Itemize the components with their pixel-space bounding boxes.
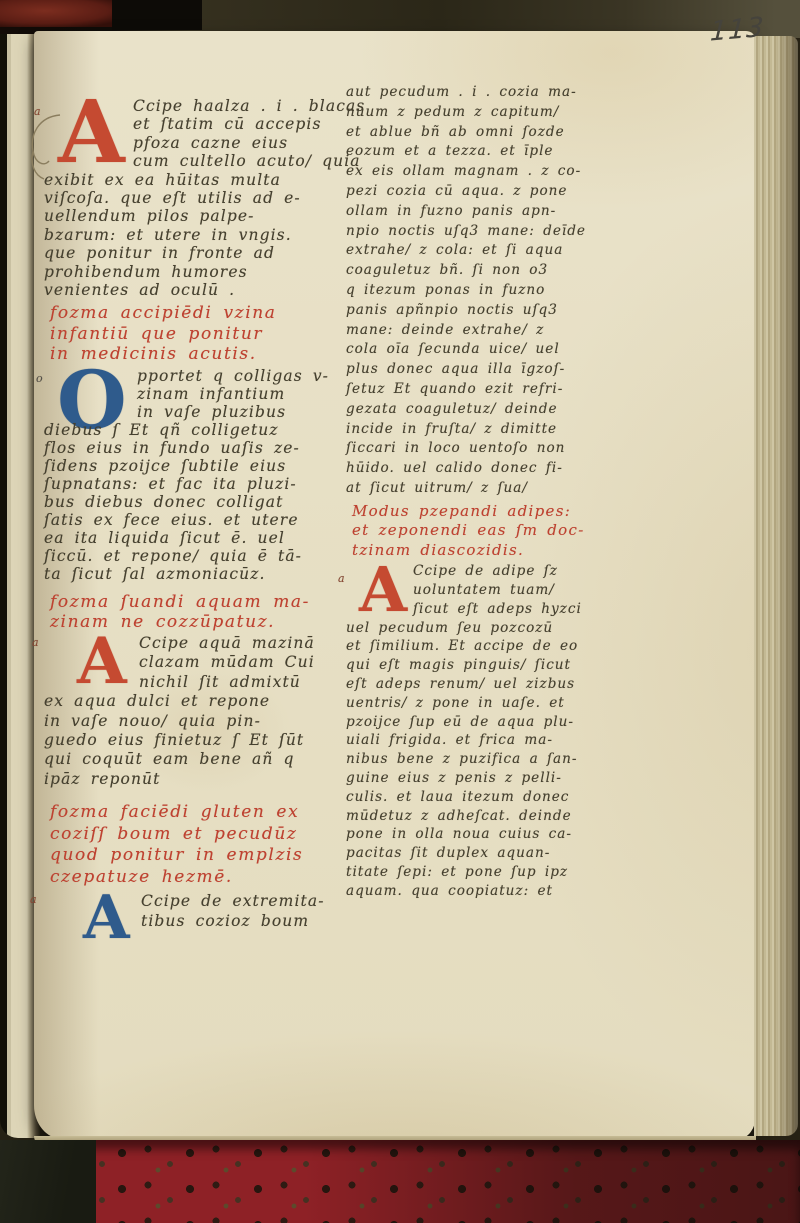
manuscript-text-line: venientes ad oculū . (44, 281, 344, 299)
manuscript-text-line: extrahe/ z cola: et ſi aqua (346, 241, 666, 261)
recipe-paragraph-2: o O pportet q colligas v-zinam infantium… (44, 367, 344, 583)
manuscript-text-line: fozma faciēdi gluten ex (50, 802, 344, 824)
manuscript-text-line: panis apñnpio noctis uſq3 (346, 301, 666, 321)
right-text-column: aut pecudum . i . cozia ma-nuum z pedum … (346, 81, 666, 901)
manuscript-text-line: et ablue bñ ab omni ſozde (346, 123, 666, 143)
manuscript-text-line: uiali frigida. et frica ma- (346, 731, 666, 750)
initial-letter-A: A (83, 891, 133, 931)
manuscript-text-line: ſidens pzoijce ſubtile eius (44, 457, 344, 475)
manuscript-text-line: et ſimilium. Et accipe de eo (346, 637, 666, 656)
manuscript-text-line: uellendum pilos palpe- (44, 207, 344, 225)
guide-letter: a (34, 105, 42, 118)
rubric-glue-of-ox-hides: fozma faciēdi gluten excoziſſ boum et pe… (44, 802, 344, 888)
manuscript-text-line: uel pecudum ſeu pozcozū (346, 619, 666, 638)
manuscript-text-line: ſatis ex fece eius. et utere (44, 511, 344, 529)
rubric-lines: fozma faciēdi gluten excoziſſ boum et pe… (44, 802, 344, 888)
manuscript-text-line: ex aqua dulci et repone (44, 692, 344, 711)
manuscript-text-line: guedo eius finietuz ſ Et ſūt (44, 731, 344, 750)
guide-letter: a (338, 572, 346, 585)
manuscript-text-line: viſcoſa. que eſt utilis ad e- (44, 189, 344, 207)
manuscript-text-line: mūdetuz z adheſcat. deinde (346, 807, 666, 826)
manuscript-text-line: ta ſicut ſal azmoniacūz. (44, 565, 344, 583)
manuscript-text-line: ex eis ollam magnam . z co- (346, 162, 666, 182)
manuscript-text-line: incide in fruſta/ z dimitte (346, 420, 666, 440)
manuscript-text-line: bus diebus donec colligat (44, 493, 344, 511)
manuscript-text-line: que ponitur in fronte ad (44, 244, 344, 262)
table-cloth-shadow (0, 1140, 96, 1223)
manuscript-text-line: nuum z pedum z capitum/ (346, 103, 666, 123)
manuscript-text-line: in vaſe nouo/ quia pin- (44, 712, 344, 731)
manuscript-text-line: culis. et laua itezum donec (346, 788, 666, 807)
rubric-preparing-fats: Modus pzepandi adipes:et zeponendi eas ſ… (346, 502, 666, 561)
initial-letter-O: O (57, 367, 127, 421)
manuscript-text-line: infantiū que ponitur (50, 324, 344, 345)
manuscript-text-line: et zeponendi eas ſm doc- (352, 521, 666, 541)
manuscript-photo: a A Ccipe haalza . i . blacaset ſtatim c… (0, 0, 800, 1223)
manuscript-text-line: at ſicut uitrum/ z ſua/ (346, 479, 666, 499)
manuscript-text-line: nibus bene z puzifica a ſan- (346, 750, 666, 769)
recipe-paragraph-5: a A Ccipe de adipe ſzuoluntatem tuam/ſic… (346, 562, 666, 900)
manuscript-text-line: fozma accipiēdi vzina (50, 303, 344, 324)
manuscript-text-line: mane: deinde extrahe/ z (346, 321, 666, 341)
manuscript-text-line: pezi cozia cū aqua. z pone (346, 182, 666, 202)
manuscript-text-line: diebus ſ Et qñ colligetuz (44, 421, 344, 439)
initial-flourish (28, 113, 62, 183)
manuscript-text-line: quod ponitur in emplzis (50, 845, 344, 867)
manuscript-text-line: qui eſt magis pinguis/ ſicut (346, 656, 666, 675)
initial-letter-A: A (77, 634, 131, 692)
continuation-paragraph: aut pecudum . i . cozia ma-nuum z pedum … (346, 83, 666, 499)
manuscript-text-line: ea ita liquida ſicut ē. uel (44, 529, 344, 547)
manuscript-text-line: exibit ex ea hūitas multa (44, 171, 344, 189)
initial-letter-A: A (359, 562, 407, 618)
folio-number: 113 (709, 11, 770, 47)
manuscript-text-line: q itezum ponas in fuzno (346, 281, 666, 301)
manuscript-text-line: npio noctis uſq3 mane: deīde (346, 222, 666, 242)
manuscript-text-line: eſt adeps renum/ uel zizbus (346, 675, 666, 694)
manuscript-text-line: ſupnatans: et fac ita pluzi- (44, 475, 344, 493)
recipe-paragraph-3: a A Ccipe aquā mazināclazam mūdam Cuinic… (44, 634, 344, 789)
manuscript-text-line: guine eius z penis z pelli- (346, 769, 666, 788)
manuscript-text-line: qui coquūt eam bene añ q (44, 750, 344, 769)
manuscript-text-line: bzarum: et utere in vngis. (44, 226, 344, 244)
fore-edge-page-stack (754, 36, 798, 1136)
manuscript-text-line: cola oīa ſecunda uice/ uel (346, 340, 666, 360)
manuscript-text-line: gezata coaguletuz/ deinde (346, 400, 666, 420)
manuscript-text-line: pone in olla noua cuius ca- (346, 825, 666, 844)
manuscript-text-line: coaguletuz bñ. ſi non o3 (346, 261, 666, 281)
recipe-paragraph-4: a A Ccipe de extremita-tibus cozioz boum (44, 891, 344, 931)
manuscript-text-line: uentris/ z pone in uaſe. et (346, 694, 666, 713)
recipe-paragraph-1: a A Ccipe haalza . i . blacaset ſtatim c… (44, 97, 344, 299)
manuscript-text-line: ollam in fuzno panis apn- (346, 202, 666, 222)
binding-shadow (112, 0, 202, 30)
binding-leather (0, 0, 112, 27)
manuscript-text-line: ſetuz Et quando ezit refri- (346, 380, 666, 400)
manuscript-text-line: plus donec aqua illa īgzoſ- (346, 360, 666, 380)
manuscript-text-line: ſiccari in loco uentoſo non (346, 439, 666, 459)
guide-letter: o (36, 372, 44, 385)
initial-letter-A: A (58, 97, 128, 153)
manuscript-text-line: flos eius in fundo uaſis ze- (44, 439, 344, 457)
manuscript-page: a A Ccipe haalza . i . blacaset ſtatim c… (34, 31, 756, 1139)
guide-letter: a (30, 893, 38, 906)
manuscript-text-line: coziſſ boum et pecudūz (50, 824, 344, 846)
manuscript-text-line: eozum et a tezza. et īple (346, 142, 666, 162)
guide-letter: a (32, 636, 40, 649)
table-cloth (0, 1140, 800, 1223)
manuscript-text-line: titate ſepi: et pone ſup ipz (346, 863, 666, 882)
manuscript-text-line: aquam. qua coopiatuz: et (346, 882, 666, 901)
manuscript-text-line: pzoijce ſup eū de aqua plu- (346, 713, 666, 732)
manuscript-text-line: aut pecudum . i . cozia ma- (346, 83, 666, 103)
rubric-lines: Modus pzepandi adipes:et zeponendi eas ſ… (346, 502, 666, 561)
manuscript-text-line: hūido. uel calido donec fi- (346, 459, 666, 479)
manuscript-text-line: pacitas ſit duplex aquan- (346, 844, 666, 863)
manuscript-text-line: ſiccū. et repone/ quia ē tā- (44, 547, 344, 565)
manuscript-text-line: fozma ſuandi aquam ma- (50, 592, 344, 612)
paragraph-lines: aut pecudum . i . cozia ma-nuum z pedum … (346, 83, 666, 499)
manuscript-text-line: prohibendum humores (44, 263, 344, 281)
manuscript-text-line: Modus pzepandi adipes: (352, 502, 666, 522)
left-text-column: a A Ccipe haalza . i . blacaset ſtatim c… (44, 89, 344, 931)
manuscript-text-line: ipāz reponūt (44, 770, 344, 789)
